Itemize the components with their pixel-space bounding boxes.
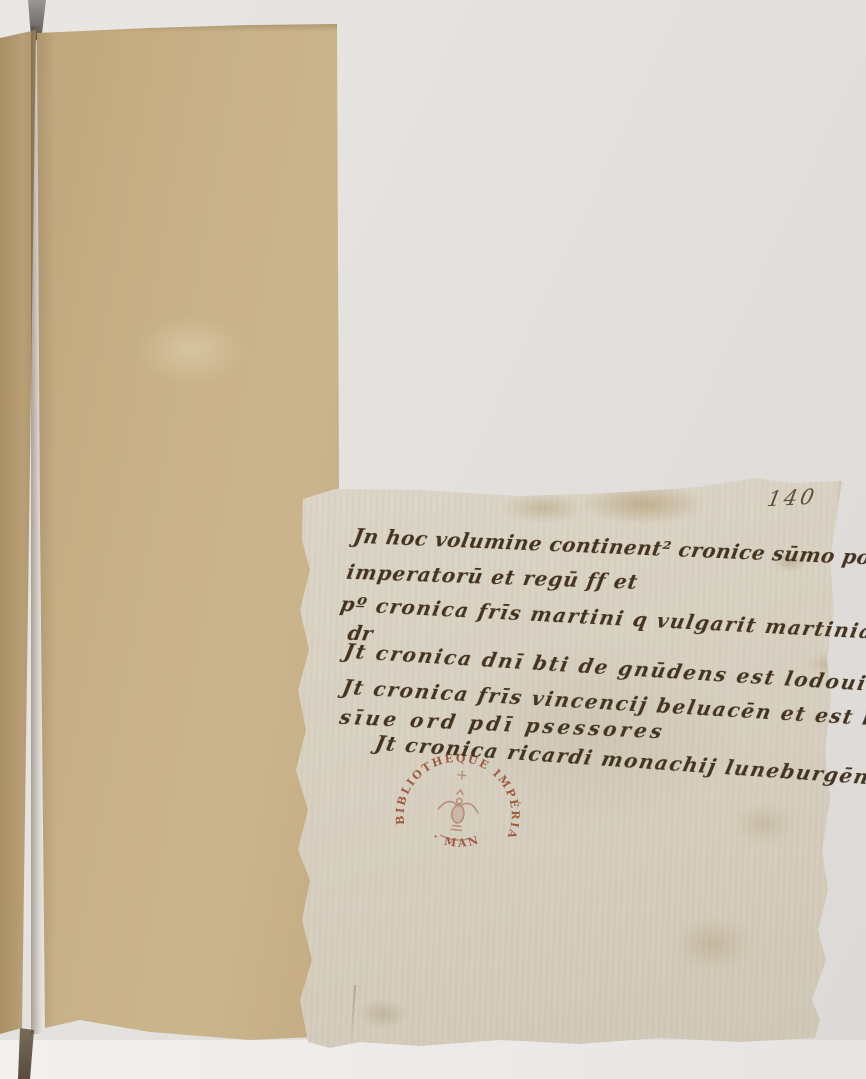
svg-text:BIBLIOTHÈQUE IMPÉRIALE: BIBLIOTHÈQUE IMPÉRIALE (384, 740, 529, 842)
stamp-arc-text: BIBLIOTHÈQUE IMPÉRIALE (384, 740, 529, 842)
table-surface-highlight (0, 1040, 866, 1079)
folio-number: 140 (765, 484, 819, 511)
blank-tan-page (30, 20, 345, 1050)
imperial-eagle-icon (435, 769, 482, 842)
manuscript-photo: 140 Jn hoc volumine continent² cronice s… (0, 0, 866, 1079)
library-stamp: BIBLIOTHÈQUE IMPÉRIALE · MAN · (384, 740, 531, 885)
